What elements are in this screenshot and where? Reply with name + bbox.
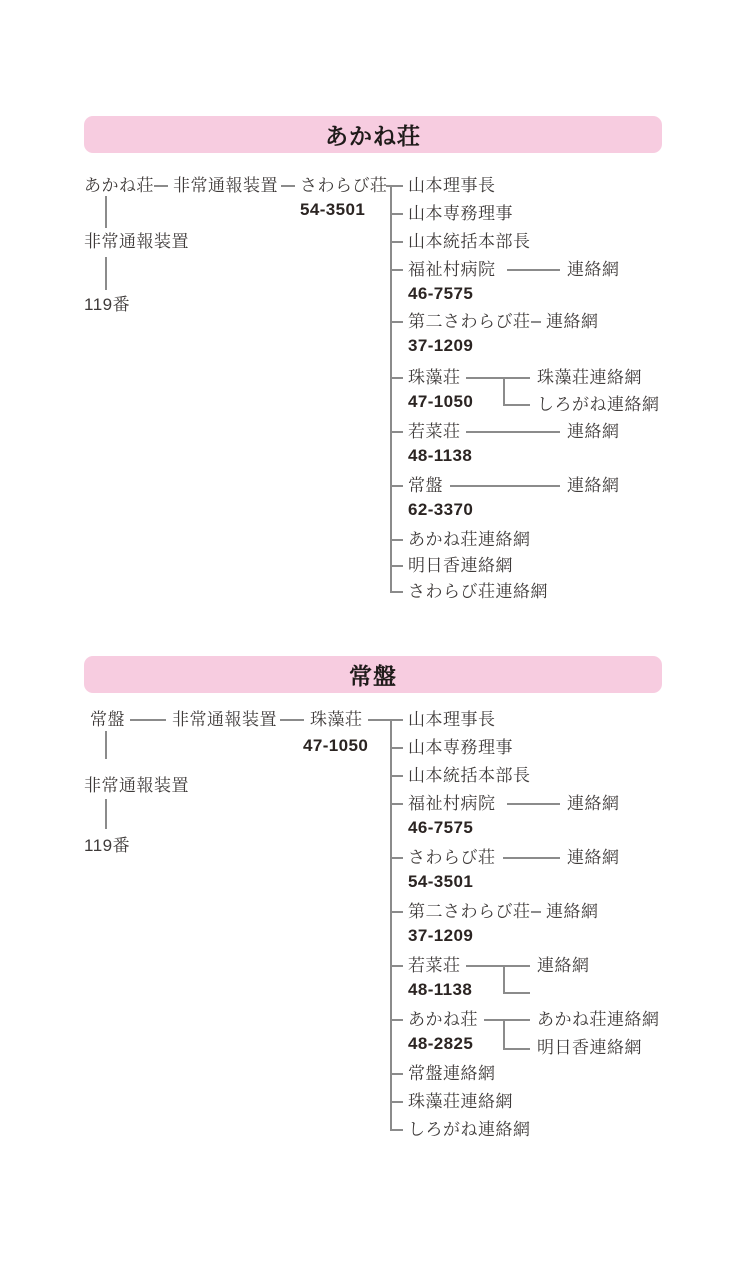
chain-vertical-line	[105, 196, 107, 228]
section-title: あかね荘	[325, 118, 421, 151]
section-header: 常盤	[84, 656, 662, 693]
branch-tick	[390, 775, 403, 777]
tree-trunk	[390, 185, 392, 593]
network-label: 連絡網	[567, 261, 620, 279]
contact-name: 常盤連絡網	[408, 1065, 496, 1083]
contact-name: 珠藻荘	[408, 369, 461, 387]
contact-name: 常盤	[408, 477, 443, 495]
chain-device2-label: 非常通報装置	[84, 777, 189, 795]
branch-line	[466, 431, 560, 433]
chain-origin-label: あかね荘	[84, 177, 154, 195]
network-label: 連絡網	[567, 423, 620, 441]
page: { "colors": { "header_pink": "#f7cce0", …	[0, 0, 750, 1285]
network-label: 明日香連絡網	[537, 1039, 642, 1057]
fork-branch-line	[503, 992, 530, 994]
fork-vertical-line	[503, 965, 505, 994]
fork-branch-line	[503, 404, 530, 406]
chain-vertical-line	[105, 799, 107, 829]
chain-origin-label: 常盤	[90, 711, 125, 729]
contact-name: 若菜荘	[408, 957, 461, 975]
contact-name: 山本統括本部長	[408, 767, 531, 785]
branch-line	[450, 485, 560, 487]
contact-phone: 62-3370	[408, 501, 473, 519]
network-label: 珠藻荘連絡網	[537, 369, 642, 387]
chain-relay-label: さわらび荘	[300, 177, 388, 195]
branch-tick	[390, 965, 403, 967]
branch-tick	[390, 213, 403, 215]
branch-line	[503, 857, 560, 859]
contact-name: さわらび荘	[408, 849, 496, 867]
contact-phone: 37-1209	[408, 337, 473, 355]
branch-tick	[390, 1019, 403, 1021]
network-label: 連絡網	[546, 313, 599, 331]
contact-name: さわらび荘連絡網	[408, 583, 548, 601]
network-label: 連絡網	[567, 849, 620, 867]
contact-phone: 47-1050	[408, 393, 473, 411]
branch-tick	[390, 321, 403, 323]
contact-name: 山本統括本部長	[408, 233, 531, 251]
branch-tick	[390, 1101, 403, 1103]
contact-name: 明日香連絡網	[408, 557, 513, 575]
section-header: あかね荘	[84, 116, 662, 153]
contact-phone: 48-1138	[408, 981, 472, 999]
branch-line	[531, 911, 541, 913]
fork-branch-line	[503, 1048, 530, 1050]
chain-connector-line	[386, 185, 403, 187]
chain-device-label: 非常通報装置	[172, 711, 277, 729]
contact-phone: 54-3501	[408, 873, 473, 891]
section-title: 常盤	[349, 658, 397, 691]
contact-phone: 48-1138	[408, 447, 472, 465]
chain-relay-phone: 54-3501	[300, 201, 365, 219]
branch-line	[507, 803, 560, 805]
branch-line	[466, 965, 530, 967]
contact-name: 山本専務理事	[408, 205, 513, 223]
branch-tick	[390, 803, 403, 805]
contact-name: あかね荘連絡網	[408, 531, 531, 549]
tree-trunk	[390, 719, 392, 1131]
chain-emergency-label: 119番	[84, 296, 130, 314]
chain-connector-line	[281, 185, 295, 187]
branch-tick	[390, 485, 403, 487]
network-label: しろがね連絡網	[537, 396, 660, 414]
network-label: 連絡網	[546, 903, 599, 921]
network-label: 連絡網	[567, 477, 620, 495]
branch-tick	[390, 1073, 403, 1075]
chain-connector-line	[130, 719, 166, 721]
branch-line	[531, 321, 541, 323]
contact-name: 山本理事長	[408, 711, 496, 729]
branch-line	[507, 269, 560, 271]
branch-tick	[390, 241, 403, 243]
contact-phone: 46-7575	[408, 819, 473, 837]
contact-name: 山本理事長	[408, 177, 496, 195]
contact-phone: 48-2825	[408, 1035, 473, 1053]
chain-relay-phone: 47-1050	[303, 737, 368, 755]
contact-phone: 46-7575	[408, 285, 473, 303]
branch-line	[484, 1019, 530, 1021]
contact-name: 福祉村病院	[408, 261, 496, 279]
chain-emergency-label: 119番	[84, 837, 130, 855]
contact-name: 若菜荘	[408, 423, 461, 441]
branch-tick	[390, 565, 403, 567]
chain-connector-line	[154, 185, 168, 187]
branch-tick	[390, 857, 403, 859]
chain-relay-label: 珠藻荘	[310, 711, 363, 729]
chain-device2-label: 非常通報装置	[84, 233, 189, 251]
branch-tick	[390, 539, 403, 541]
branch-tick	[390, 431, 403, 433]
branch-tick	[390, 911, 403, 913]
chain-vertical-line	[105, 731, 107, 759]
chain-vertical-line	[105, 257, 107, 290]
contact-name: しろがね連絡網	[408, 1121, 531, 1139]
chain-device-label: 非常通報装置	[173, 177, 278, 195]
contact-name: あかね荘	[408, 1011, 478, 1029]
branch-line	[466, 377, 530, 379]
contact-name: 福祉村病院	[408, 795, 496, 813]
contact-name: 山本専務理事	[408, 739, 513, 757]
fork-vertical-line	[503, 1019, 505, 1050]
branch-tick	[390, 747, 403, 749]
contact-name: 第二さわらび荘	[408, 313, 531, 331]
contact-name: 珠藻荘連絡網	[408, 1093, 513, 1111]
branch-tick	[390, 377, 403, 379]
network-label: あかね荘連絡網	[537, 1011, 660, 1029]
fork-vertical-line	[503, 377, 505, 406]
contact-phone: 37-1209	[408, 927, 473, 945]
branch-tick	[390, 591, 403, 593]
branch-tick	[390, 269, 403, 271]
chain-connector-line	[280, 719, 304, 721]
chain-connector-line	[368, 719, 403, 721]
branch-tick	[390, 1129, 403, 1131]
network-label: 連絡網	[537, 957, 590, 975]
network-label: 連絡網	[567, 795, 620, 813]
contact-name: 第二さわらび荘	[408, 903, 531, 921]
